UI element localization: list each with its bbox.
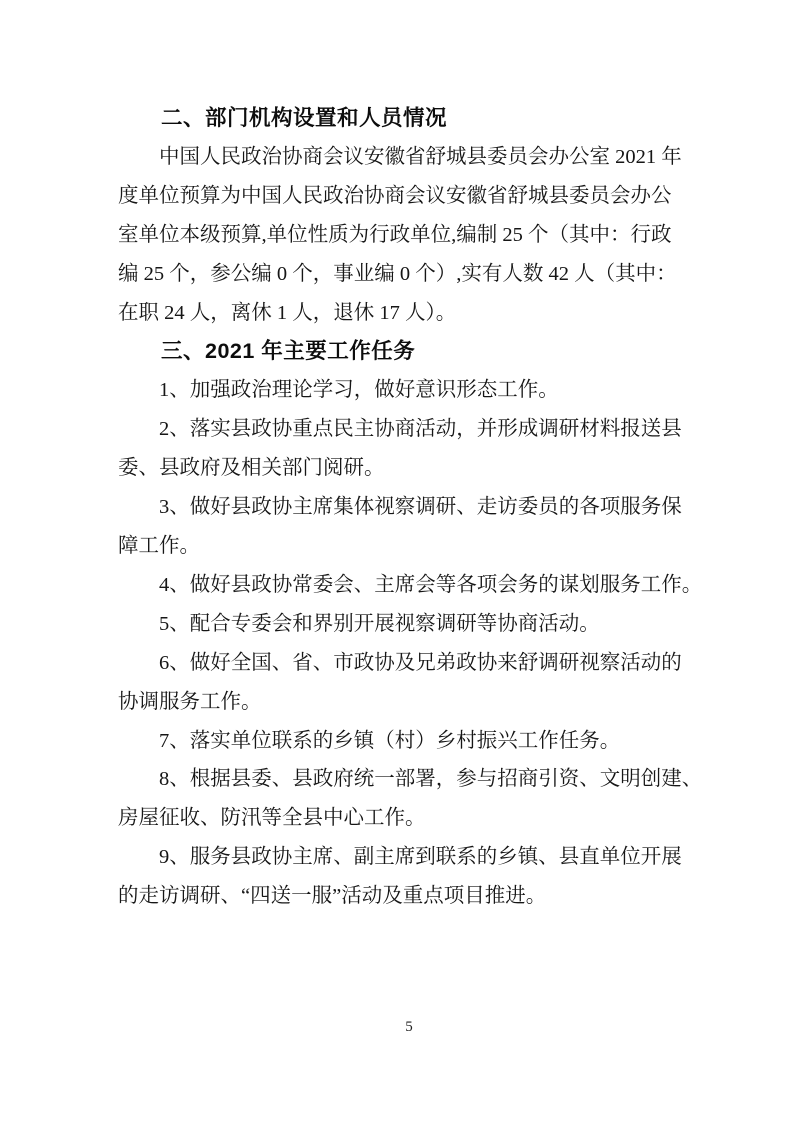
task-9-line-2: 的走访调研、“四送一服”活动及重点项目推进。 xyxy=(118,877,700,916)
task-7-line-1: 7、落实单位联系的乡镇（村）乡村振兴工作任务。 xyxy=(118,722,700,761)
task-6-line-1: 6、做好全国、省、市政协及兄弟政协来舒调研视察活动的 xyxy=(118,644,700,683)
task-1-line-1: 1、加强政治理论学习，做好意识形态工作。 xyxy=(118,371,700,410)
task-8-line-1: 8、根据县委、县政府统一部署，参与招商引资、文明创建、 xyxy=(118,760,700,799)
task-2-line-1: 2、落实县政协重点民主协商活动，并形成调研材料报送县 xyxy=(118,410,700,449)
task-5-line-1: 5、配合专委会和界别开展视察调研等协商活动。 xyxy=(118,605,700,644)
task-9-line-1: 9、服务县政协主席、副主席到联系的乡镇、县直单位开展 xyxy=(118,838,700,877)
org-paragraph-line-2: 度单位预算为中国人民政治协商会议安徽省舒城县委员会办公 xyxy=(118,177,700,216)
task-8-line-2: 房屋征收、防汛等全县中心工作。 xyxy=(118,799,700,838)
task-2-line-2: 委、县政府及相关部门阅研。 xyxy=(118,449,700,488)
task-3-line-2: 障工作。 xyxy=(118,527,700,566)
section-heading-tasks: 三、2021 年主要工作任务 xyxy=(118,332,700,371)
section-heading-org: 二、部门机构设置和人员情况 xyxy=(118,99,700,138)
org-paragraph-line-1: 中国人民政治协商会议安徽省舒城县委员会办公室 2021 年 xyxy=(118,138,700,177)
org-paragraph-line-3: 室单位本级预算,单位性质为行政单位,编制 25 个（其中：行政 xyxy=(118,216,700,255)
task-3-line-1: 3、做好县政协主席集体视察调研、走访委员的各项服务保 xyxy=(118,488,700,527)
task-4-line-1: 4、做好县政协常委会、主席会等各项会务的谋划服务工作。 xyxy=(118,566,700,605)
document-page: 二、部门机构设置和人员情况 中国人民政治协商会议安徽省舒城县委员会办公室 202… xyxy=(0,0,793,1122)
org-paragraph-line-4: 编 25 个，参公编 0 个，事业编 0 个）,实有人数 42 人（其中： xyxy=(118,255,700,294)
task-6-line-2: 协调服务工作。 xyxy=(118,683,700,722)
page-number: 5 xyxy=(118,1019,700,1036)
org-paragraph-line-5: 在职 24 人，离休 1 人，退休 17 人）。 xyxy=(118,294,700,333)
page-content: 二、部门机构设置和人员情况 中国人民政治协商会议安徽省舒城县委员会办公室 202… xyxy=(118,99,700,916)
